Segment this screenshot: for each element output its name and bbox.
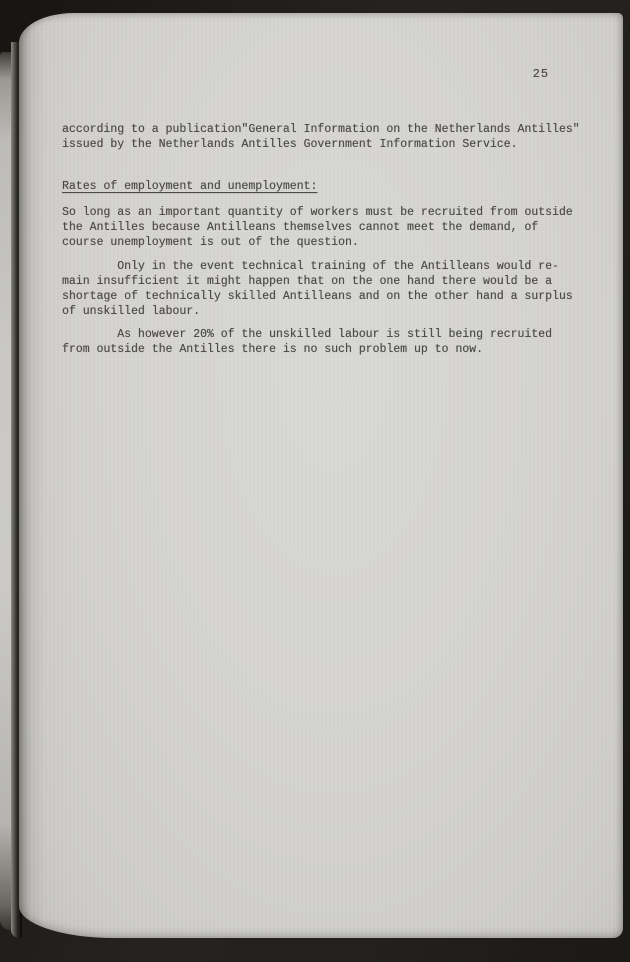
body-paragraph-2: Only in the event technical training of … bbox=[62, 259, 573, 319]
intro-paragraph: according to a publication"General Infor… bbox=[62, 122, 580, 152]
section-heading: Rates of employment and unemployment: bbox=[62, 179, 317, 194]
body-paragraph-1: So long as an important quantity of work… bbox=[62, 205, 573, 250]
page-number: 25 bbox=[533, 67, 549, 82]
body-paragraph-3: As however 20% of the unskilled labour i… bbox=[62, 327, 552, 357]
document-page: 25 according to a publication"General In… bbox=[19, 13, 623, 938]
scanned-book-photo: 25 according to a publication"General In… bbox=[0, 0, 630, 962]
